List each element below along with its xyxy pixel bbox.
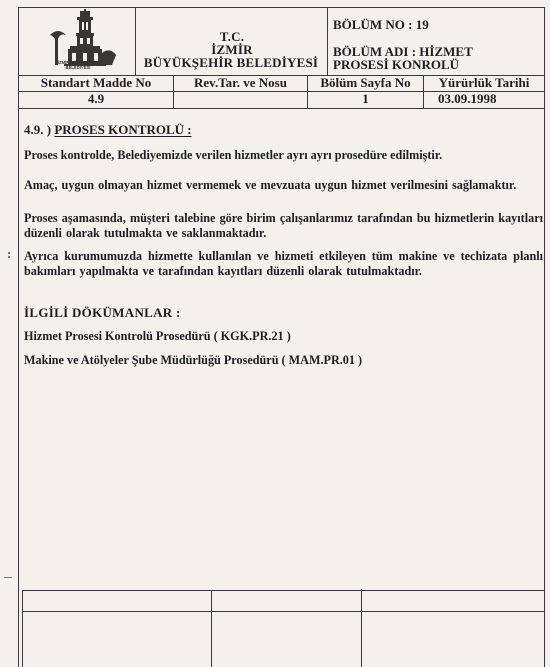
col-standart-madde-no: Standart Madde No xyxy=(19,75,173,91)
related-doc-1: Hizmet Prosesi Kontrolü Prosedürü ( KGK.… xyxy=(24,329,543,344)
footer-body-cell-2 xyxy=(212,612,361,667)
related-docs-heading: İLGİLİ DÖKÜMANLAR : xyxy=(24,305,543,320)
paragraph-4: Ayrıca kurumumuzda hizmette kullanılan v… xyxy=(24,249,543,279)
footer-body-cell-3 xyxy=(362,612,544,667)
section-name: BÖLÜM ADI : HİZMET PROSESİ KONROLÜ xyxy=(333,45,473,71)
scan-mark xyxy=(8,252,10,254)
document-page: İZMİR BÜYÜKŞEHİR BELEDİYESİ T.C. İZMİR B… xyxy=(0,0,550,667)
scan-mark xyxy=(4,577,12,578)
section-number: BÖLÜM NO : 19 xyxy=(333,18,429,31)
footer-header-cell-2 xyxy=(212,591,361,611)
col-rev-tar: Rev.Tar. ve Nosu xyxy=(174,75,307,91)
section-heading-title: PROSES KONTROLÜ : xyxy=(54,122,191,137)
footer-body-cell-1 xyxy=(23,612,211,667)
scan-mark xyxy=(8,256,10,258)
issuer-block: T.C. İZMİR BÜYÜKŞEHİR BELEDİYESİ xyxy=(137,30,327,69)
col-yururluk-tarihi: Yürürlük Tarihi xyxy=(424,75,544,91)
logo-caption: İZMİR BÜYÜKŞEHİR BELEDİYESİ xyxy=(22,60,134,70)
paragraph-3: Proses aşamasında, müşteri talebine göre… xyxy=(24,211,543,241)
issuer-line-3: BÜYÜKŞEHİR BELEDİYESİ xyxy=(131,56,331,69)
value-standart-madde-no: 4.9 xyxy=(19,91,173,107)
paragraph-2: Amaç, uygun olmayan hizmet vermemek ve m… xyxy=(24,178,543,193)
col-bolum-sayfa-no: Bölüm Sayfa No xyxy=(308,75,423,91)
section-heading: 4.9. ) PROSES KONTROLÜ : xyxy=(24,122,543,137)
footer-header-cell-3 xyxy=(362,591,544,611)
paragraph-1: Proses kontrolde, Belediyemizde verilen … xyxy=(24,148,543,163)
related-doc-2: Makine ve Atölyeler Şube Müdürlüğü Prose… xyxy=(24,353,543,368)
frame-right-border xyxy=(544,7,545,667)
section-heading-number: 4.9. ) xyxy=(24,122,51,137)
value-yururluk-tarihi: 03.09.1998 xyxy=(424,91,544,107)
logo-caption-line-2: BELEDİYESİ xyxy=(22,65,134,70)
info-values-row-border xyxy=(18,108,545,109)
footer-header-cell-1 xyxy=(23,591,211,611)
value-bolum-sayfa-no: 1 xyxy=(308,91,423,107)
section-name-line-2: PROSESİ KONROLÜ xyxy=(333,58,473,71)
